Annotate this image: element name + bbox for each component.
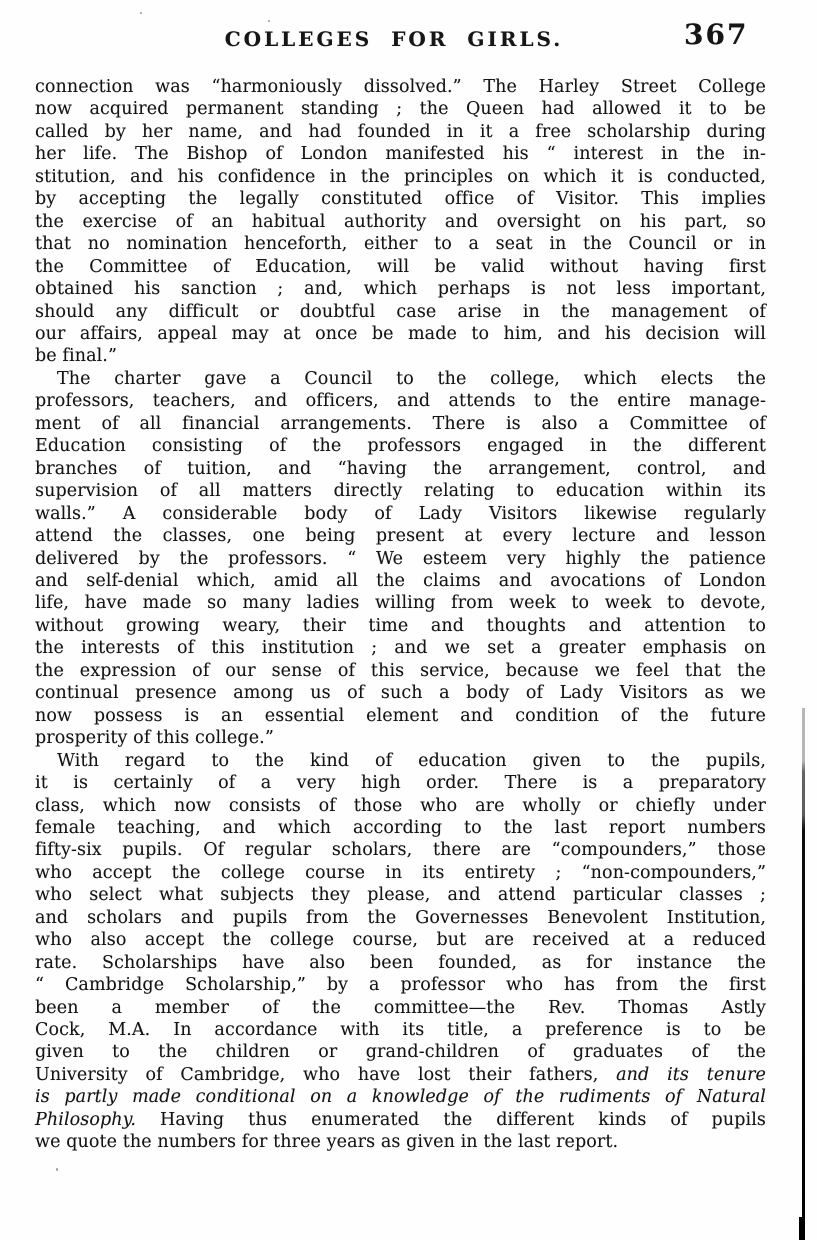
text-line: prosperity of this college.” [35,727,766,749]
text-line: that no nomination henceforth, either to… [35,233,766,255]
text-segment: the interests of this institution ; and … [35,638,766,658]
text-segment: by accepting the legally constituted off… [35,189,766,209]
text-line: who also accept the college course, but … [35,929,766,951]
text-segment: been a member of the committee—the Rev. … [35,998,766,1018]
text-line: now acquired permanent standing ; the Qu… [35,98,766,120]
scan-speck [140,12,142,14]
text-segment: supervision of all matters directly rela… [35,481,766,501]
text-line: her life. The Bishop of London manifeste… [35,143,766,165]
text-line: female teaching, and which according to … [35,817,766,839]
text-segment: her life. The Bishop of London manifeste… [35,144,766,164]
text-segment: walls.” A considerable body of Lady Visi… [35,504,766,524]
scan-edge-artifact [802,708,805,1240]
text-segment: Having thus enumerated the different kin… [136,1110,766,1130]
text-segment: prosperity of this college.” [35,728,274,748]
text-segment: rate. Scholarships have also been founde… [35,953,766,973]
text-line: Philosophy. Having thus enumerated the d… [35,1109,766,1131]
text-segment: and self-denial which, amid all the clai… [35,571,766,591]
text-segment: that no nomination henceforth, either to… [35,234,766,254]
text-line: the Committee of Education, will be vali… [35,256,766,278]
text-segment: and scholars and pupils from the Governe… [35,908,766,928]
text-line: ment of all financial arrangements. Ther… [35,413,766,435]
text-line: who select what subjects they please, an… [35,884,766,906]
text-line: called by her name, and had founded in i… [35,121,766,143]
text-segment: fifty-six pupils. Of regular scholars, t… [35,840,766,860]
text-segment: now acquired permanent standing ; the Qu… [35,99,766,119]
text-line: attend the classes, one being present at… [35,525,766,547]
text-line: branches of tuition, and “having the arr… [35,458,766,480]
scan-edge-artifact-foot [799,1217,805,1240]
text-block: connection was “harmoniously dissolved.”… [35,76,766,1154]
running-title: COLLEGES FOR GIRLS. [225,27,563,51]
text-line: walls.” A considerable body of Lady Visi… [35,503,766,525]
text-segment: Cock, M.A. In accordance with its title,… [35,1020,766,1040]
text-line: given to the children or grand-children … [35,1041,766,1063]
text-line: fifty-six pupils. Of regular scholars, t… [35,839,766,861]
scanned-book-page: COLLEGES FOR GIRLS. 367 connection was “… [0,0,817,1240]
text-line: Education consisting of the professors e… [35,435,766,457]
text-line: connection was “harmoniously dissolved.”… [35,76,766,98]
text-segment: who select what subjects they please, an… [35,885,766,905]
text-line: been a member of the committee—the Rev. … [35,997,766,1019]
italic-text-segment: Philosophy. [35,1110,136,1130]
text-segment: stitution, and his confidence in the pri… [35,167,766,187]
text-segment: our affairs, appeal may at once be made … [35,324,766,344]
text-segment: we quote the numbers for three years as … [35,1132,618,1152]
text-line: without growing weary, their time and th… [35,615,766,637]
text-segment: obtained his sanction ; and, which perha… [35,279,766,299]
text-line: Cock, M.A. In accordance with its title,… [35,1019,766,1041]
text-line: University of Cambridge, who have lost t… [35,1064,766,1086]
text-segment: University of Cambridge, who have lost t… [35,1065,616,1085]
text-line: the expression of our sense of this serv… [35,660,766,682]
text-segment: “ Cambridge Scholarship,” by a professor… [35,975,766,995]
text-line: continual presence among us of such a bo… [35,682,766,704]
text-line: should any difficult or doubtful case ar… [35,301,766,323]
text-segment: professors, teachers, and officers, and … [35,391,766,411]
text-line: it is certainly of a very high order. Th… [35,772,766,794]
text-line: The charter gave a Council to the colleg… [35,368,766,390]
text-line: stitution, and his confidence in the pri… [35,166,766,188]
text-line: class, which now consists of those who a… [35,795,766,817]
scan-speck [268,20,270,22]
text-segment: With regard to the kind of education giv… [57,751,766,771]
text-line: With regard to the kind of education giv… [35,750,766,772]
text-line: “ Cambridge Scholarship,” by a professor… [35,974,766,996]
text-segment: who also accept the college course, but … [35,930,766,950]
text-line: rate. Scholarships have also been founde… [35,952,766,974]
text-line: the exercise of an habitual authority an… [35,211,766,233]
text-line: the interests of this institution ; and … [35,637,766,659]
text-segment: branches of tuition, and “having the arr… [35,459,766,479]
text-segment: called by her name, and had founded in i… [35,122,766,142]
text-segment: attend the classes, one being present at… [35,526,766,546]
paragraph: The charter gave a Council to the colleg… [35,368,766,750]
text-segment: who accept the college course in its ent… [35,863,766,883]
scan-speck [56,1168,58,1171]
text-line: and scholars and pupils from the Governe… [35,907,766,929]
text-line: delivered by the professors. “ We esteem… [35,548,766,570]
text-line: obtained his sanction ; and, which perha… [35,278,766,300]
text-line: who accept the college course in its ent… [35,862,766,884]
text-line: and self-denial which, amid all the clai… [35,570,766,592]
page-number: 367 [684,18,748,51]
text-line: supervision of all matters directly rela… [35,480,766,502]
text-segment: should any difficult or doubtful case ar… [35,302,766,322]
text-segment: Education consisting of the professors e… [35,436,766,456]
italic-text-segment: and its tenure [616,1065,766,1085]
text-segment: female teaching, and which according to … [35,818,766,838]
text-segment: The charter gave a Council to the colleg… [57,369,766,389]
italic-text-segment: is partly made conditional on a knowledg… [35,1087,766,1107]
text-line: be final.” [35,345,766,367]
paragraph: connection was “harmoniously dissolved.”… [35,76,766,368]
text-segment: given to the children or grand-children … [35,1042,766,1062]
text-segment: the exercise of an habitual authority an… [35,212,766,232]
text-segment: delivered by the professors. “ We esteem… [35,549,766,569]
text-segment: life, have made so many ladies willing f… [35,593,766,613]
text-segment: class, which now consists of those who a… [35,796,766,816]
text-line: professors, teachers, and officers, and … [35,390,766,412]
text-segment: ment of all financial arrangements. Ther… [35,414,766,434]
text-segment: be final.” [35,346,117,366]
text-segment: now possess is an essential element and … [35,706,766,726]
text-segment: the expression of our sense of this serv… [35,661,766,681]
text-segment: connection was “harmoniously dissolved.”… [35,77,766,97]
text-line: life, have made so many ladies willing f… [35,592,766,614]
text-line: our affairs, appeal may at once be made … [35,323,766,345]
text-line: by accepting the legally constituted off… [35,188,766,210]
text-segment: without growing weary, their time and th… [35,616,766,636]
paragraph: With regard to the kind of education giv… [35,750,766,1154]
text-line: now possess is an essential element and … [35,705,766,727]
text-segment: the Committee of Education, will be vali… [35,257,766,277]
text-segment: continual presence among us of such a bo… [35,683,766,703]
text-line: we quote the numbers for three years as … [35,1131,766,1153]
text-line: is partly made conditional on a knowledg… [35,1086,766,1108]
text-segment: it is certainly of a very high order. Th… [35,773,766,793]
